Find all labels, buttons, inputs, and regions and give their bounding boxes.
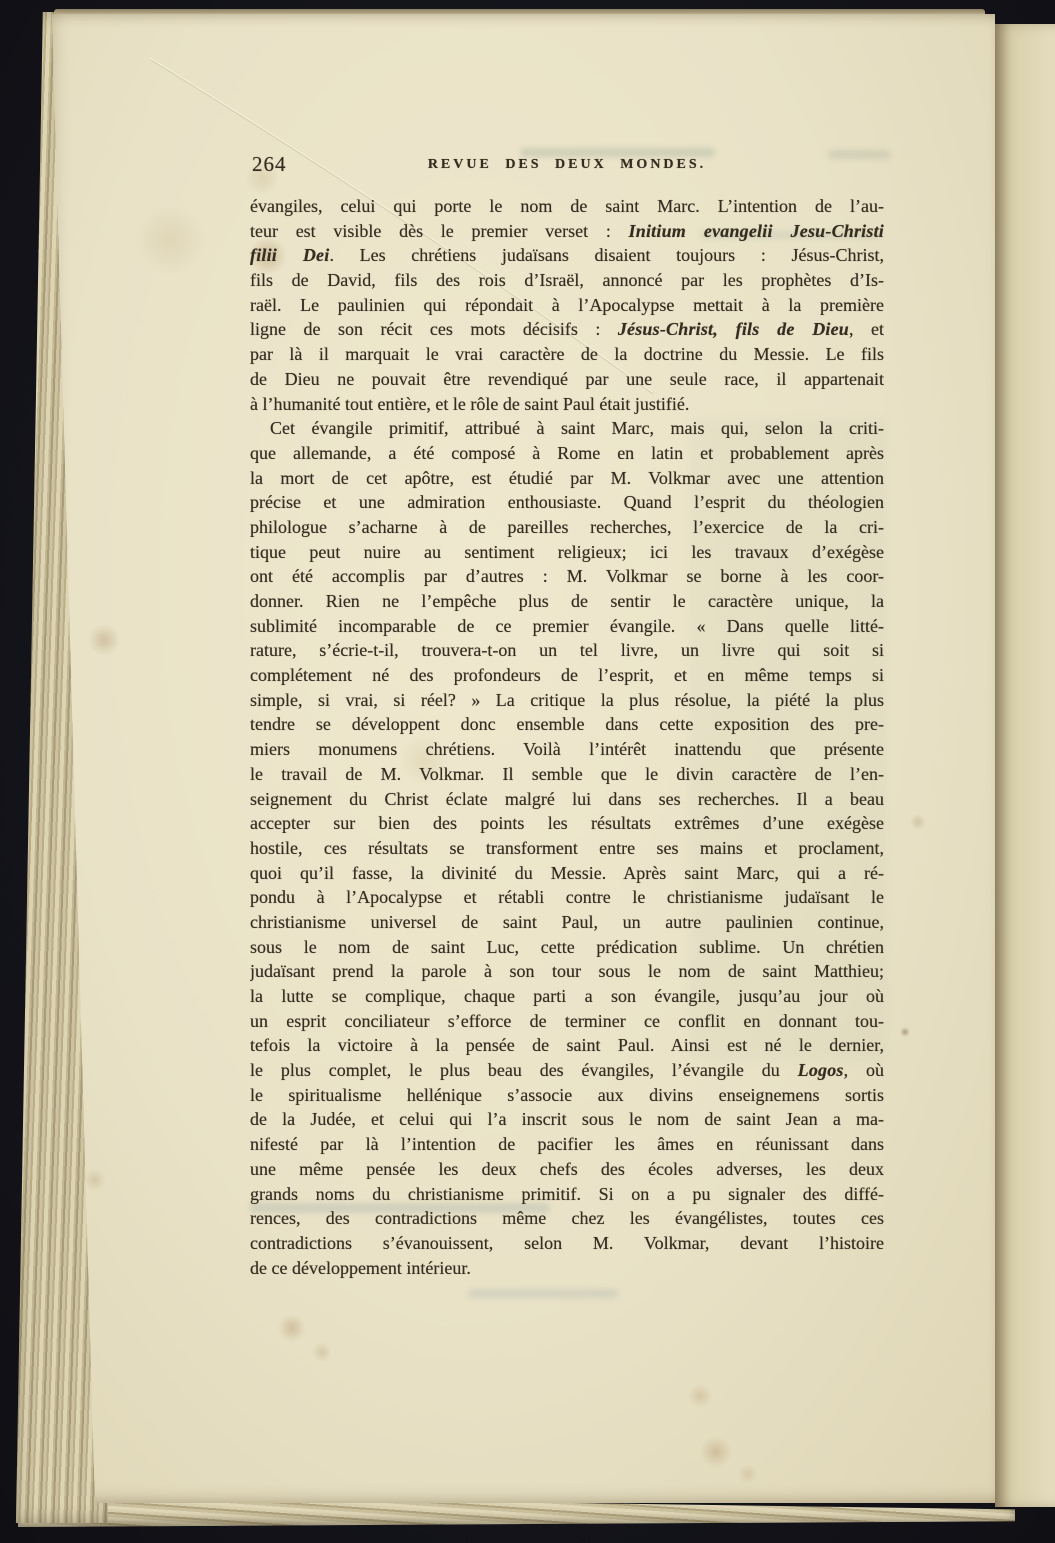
text-line: à l’humanité tout entière, et le rôle de…	[250, 392, 884, 417]
text-line: nifesté par là l’intention de pacifier l…	[250, 1132, 884, 1157]
text-line: sublimité incomparable de ce premier éva…	[250, 614, 884, 639]
text-line: tendre se développent donc ensemble dans…	[250, 712, 884, 737]
running-header: REVUE DES DEUX MONDES.	[250, 152, 884, 173]
text-line: tique peut nuire au sentiment religieux;…	[250, 540, 884, 565]
text-line: miers monumens chrétiens. Voilà l’intérê…	[250, 737, 884, 762]
text-line: sous le nom de saint Luc, cette prédicat…	[250, 935, 884, 960]
text-line: simple, si vrai, si réel? » La critique …	[250, 688, 884, 713]
body-text: évangiles, celui qui porte le nom de sai…	[250, 194, 884, 1280]
page-number: 264	[252, 152, 287, 177]
text-line: tefois la victoire à la pensée de saint …	[250, 1033, 884, 1058]
text-line: pondu à l’Apocalypse et rétabli contre l…	[250, 885, 884, 910]
text-line: le spiritualisme hellénique s’associe au…	[250, 1083, 884, 1108]
text-line: rences, des contradictions même chez les…	[250, 1206, 884, 1231]
text-line: hostile, ces résultats se transforment e…	[250, 836, 884, 861]
paragraph: évangiles, celui qui porte le nom de sai…	[250, 194, 884, 416]
text-line: ligne de son récit ces mots décisifs : J…	[250, 317, 884, 342]
text-line: filii Dei. Les chrétiens judaïsans disai…	[250, 243, 884, 268]
paragraph: Cet évangile primitif, attribué à saint …	[250, 416, 884, 1280]
text-line: grands noms du christianisme primitif. S…	[250, 1182, 884, 1207]
text-line: quoi qu’il fasse, la divinité du Messie.…	[250, 861, 884, 886]
text-line: le plus complet, le plus beau des évangi…	[250, 1058, 884, 1083]
adjacent-page-edge	[995, 24, 1055, 1507]
text-line: christianisme universel de saint Paul, u…	[250, 910, 884, 935]
text-line: judaïsant prend la parole à son tour sou…	[250, 959, 884, 984]
text-line: contradictions s’évanouissent, selon M. …	[250, 1231, 884, 1256]
text-line: complétement né des profondeurs de l’esp…	[250, 663, 884, 688]
text-line: ont été accomplis par d’autres : M. Volk…	[250, 564, 884, 589]
text-line: teur est visible dès le premier verset :…	[250, 219, 884, 244]
text-line: précise et une admiration enthousiaste. …	[250, 490, 884, 515]
text-line: un esprit conciliateur s’efforce de term…	[250, 1009, 884, 1034]
text-line: la lutte se complique, chaque parti a so…	[250, 984, 884, 1009]
scanned-book-photo: 264 REVUE DES DEUX MONDES. évangiles, ce…	[0, 0, 1055, 1543]
text-line: rature, s’écrie-t-il, trouvera-t-on un t…	[250, 638, 884, 663]
text-line: par là il marquait le vrai caractère de …	[250, 342, 884, 367]
page-content: 264 REVUE DES DEUX MONDES. évangiles, ce…	[250, 152, 884, 1280]
text-line: que allemande, a été composé à Rome en l…	[250, 441, 884, 466]
text-line: de la Judée, et celui qui l’a inscrit so…	[250, 1107, 884, 1132]
text-line: évangiles, celui qui porte le nom de sai…	[250, 194, 884, 219]
text-line: Cet évangile primitif, attribué à saint …	[250, 416, 884, 441]
text-line: une même pensée les deux chefs des école…	[250, 1157, 884, 1182]
text-line: donner. Rien ne l’empêche plus de sentir…	[250, 589, 884, 614]
text-line: philologue s’acharne à de pareilles rech…	[250, 515, 884, 540]
text-line: le travail de M. Volkmar. Il semble que …	[250, 762, 884, 787]
text-line: de Dieu ne pouvait être revendiqué par u…	[250, 367, 884, 392]
ink-show-through	[468, 1289, 618, 1298]
text-line: accepter sur bien des points les résulta…	[250, 811, 884, 836]
text-line: fils de David, fils des rois d’Israël, a…	[250, 268, 884, 293]
text-line: de ce développement intérieur.	[250, 1256, 884, 1281]
text-line: seignement du Christ éclate malgré lui d…	[250, 787, 884, 812]
text-line: raël. Le paulinien qui répondait à l’Apo…	[250, 293, 884, 318]
page-header: 264 REVUE DES DEUX MONDES.	[250, 152, 884, 178]
text-line: la mort de cet apôtre, est étudié par M.…	[250, 466, 884, 491]
